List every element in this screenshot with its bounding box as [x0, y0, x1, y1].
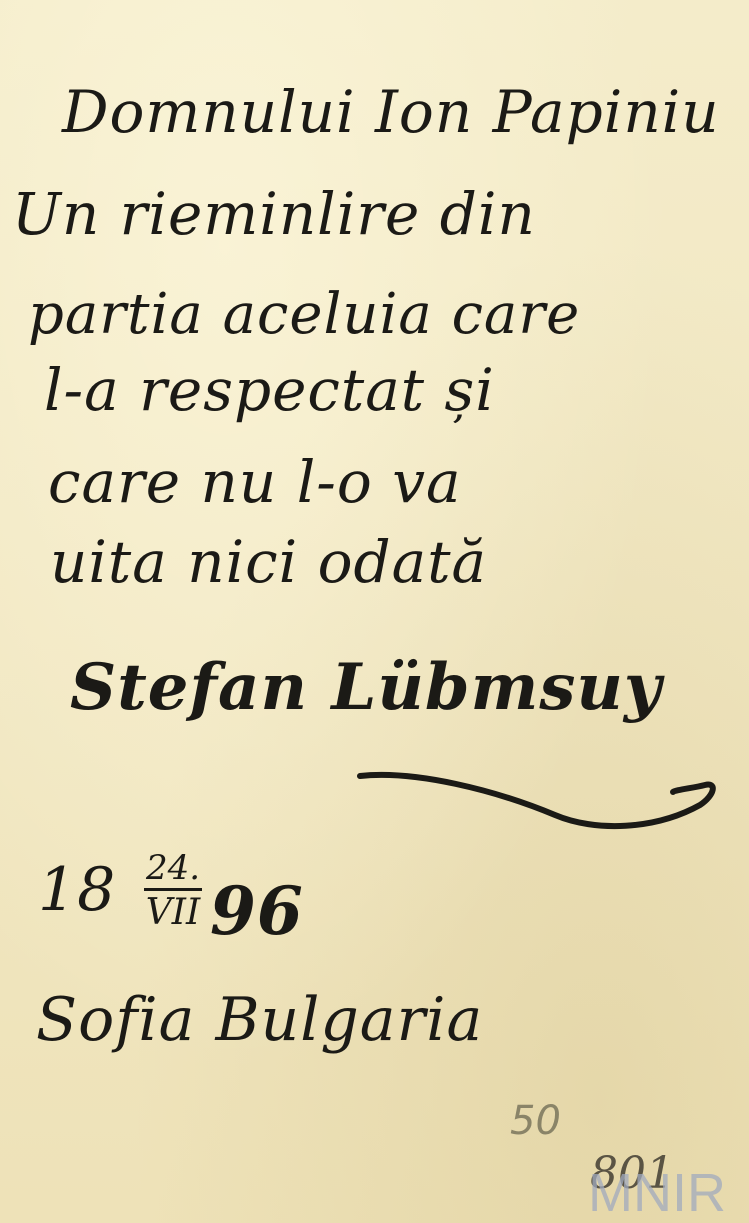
handwritten-line-4: l-a respectat și — [44, 356, 495, 424]
handwritten-line-3: partia aceluia care — [28, 282, 580, 347]
date-fraction: 24. VII — [138, 848, 208, 968]
signature: Stefan Lübmsuy — [70, 650, 662, 725]
handwritten-line-2: Un rieminlire din — [12, 180, 536, 248]
pencil-annotation-number: 50 — [510, 1098, 561, 1144]
handwritten-line-6: uita nici odată — [50, 528, 487, 596]
handwritten-line-5: care nu l-o va — [48, 448, 462, 516]
place-of-writing: Sofia Bulgaria — [36, 985, 483, 1055]
date-month: VII — [138, 891, 208, 935]
date-day: 24. — [138, 848, 208, 888]
museum-watermark: MNIR — [588, 1162, 726, 1223]
date-year-suffix: 96 — [210, 872, 304, 950]
handwritten-line-1: Domnului Ion Papiniu — [62, 78, 720, 146]
signature-flourish — [355, 760, 725, 835]
date-year-prefix: 18 — [38, 855, 116, 925]
